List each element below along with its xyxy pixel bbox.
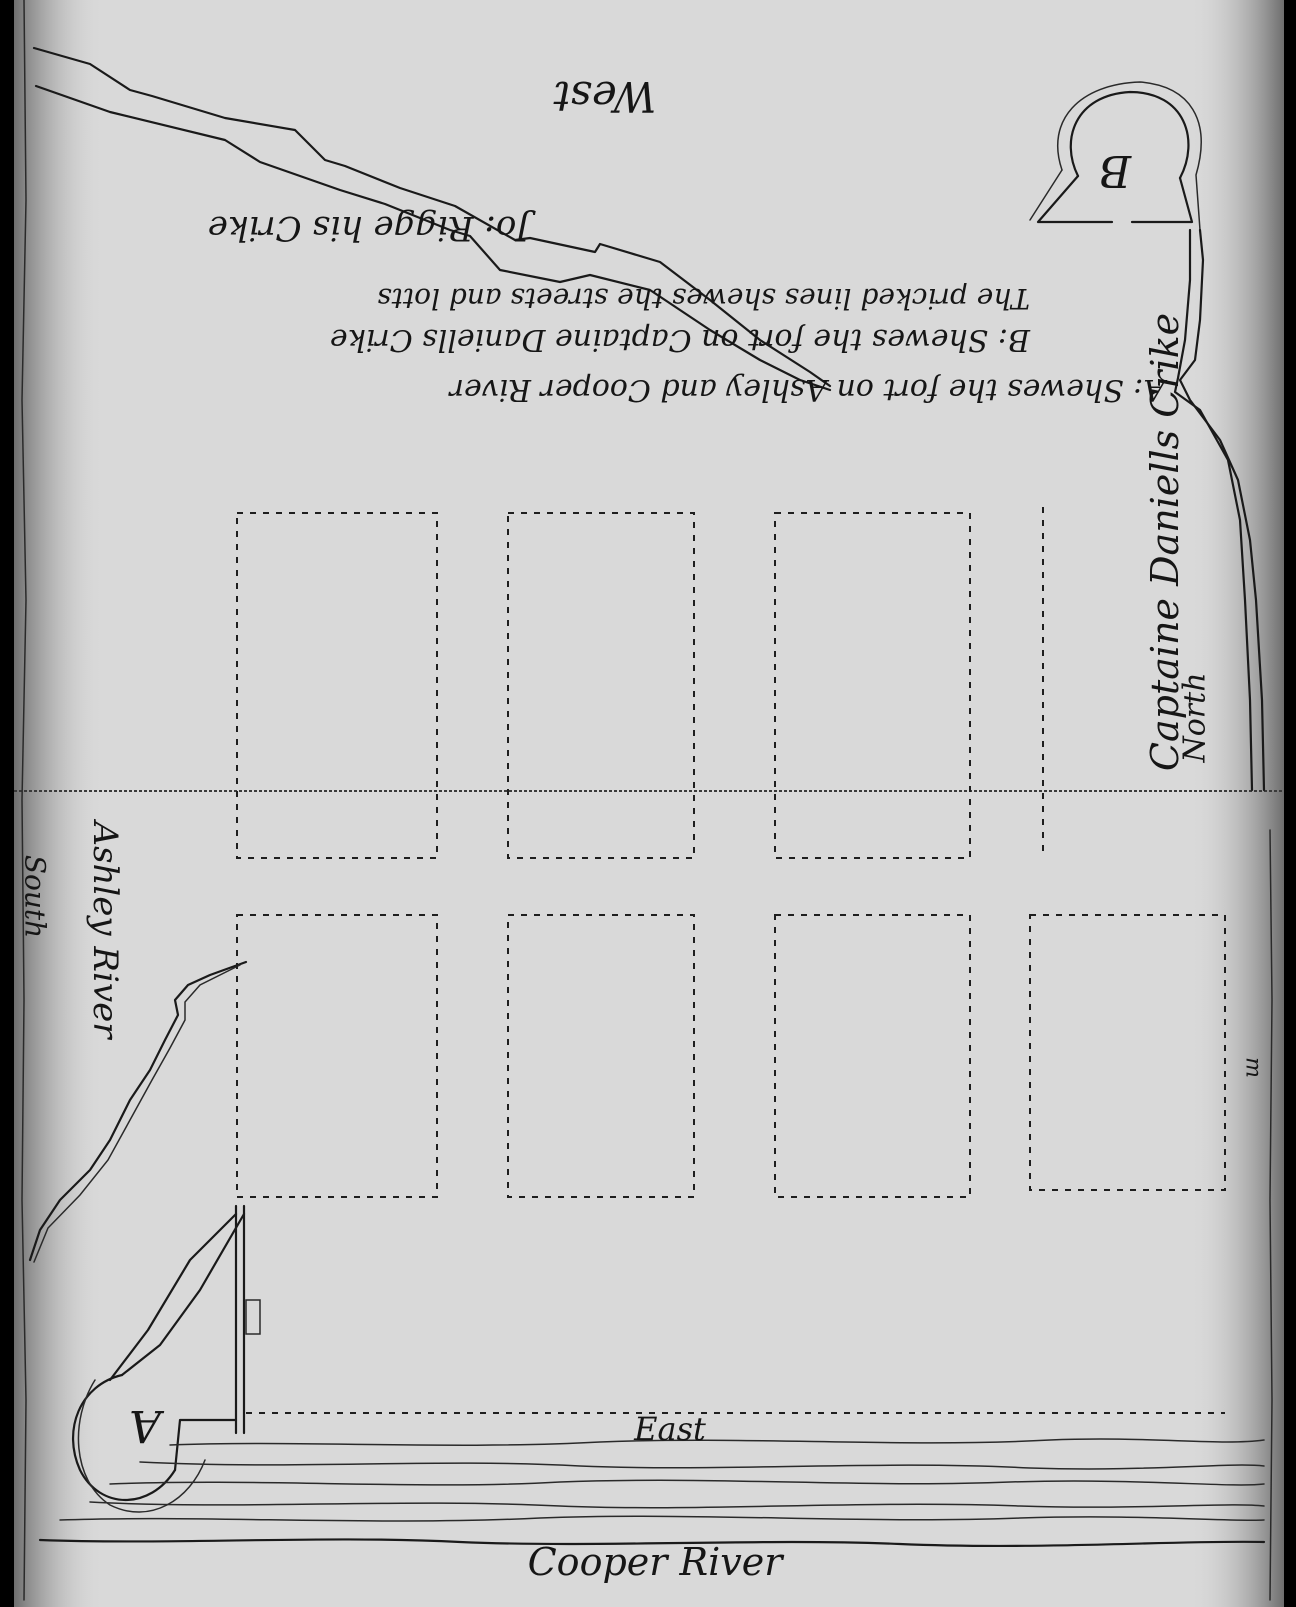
fort-a-marker: A — [120, 1400, 170, 1451]
compass-west: West — [540, 72, 670, 121]
fort-b-marker: B — [1090, 145, 1140, 196]
compass-north: North — [1178, 663, 1213, 773]
compass-east: East — [620, 1410, 720, 1448]
legend-line-c: The pricked lines shewes the streets and… — [20, 282, 1030, 315]
cooper-river-label: Cooper River — [520, 1540, 790, 1584]
compass-south: South — [19, 842, 52, 952]
margin-mark: m — [1241, 1053, 1266, 1083]
right-edge-shadow — [1190, 0, 1284, 1607]
map-sheet: A: Shewes the fort on Ashley and Cooper … — [0, 0, 1296, 1607]
left-border-black — [0, 0, 14, 1607]
legend-line-b: B: Shewes the fort on Captaine Daniells … — [20, 322, 1030, 357]
ashley-river-label: Ashley River — [85, 785, 125, 1075]
legend-signature: Jo: Rigge his Crike — [150, 208, 530, 248]
legend-line-a: A: Shewes the fort on Ashley and Cooper … — [155, 372, 1165, 407]
right-border-black — [1284, 0, 1296, 1607]
